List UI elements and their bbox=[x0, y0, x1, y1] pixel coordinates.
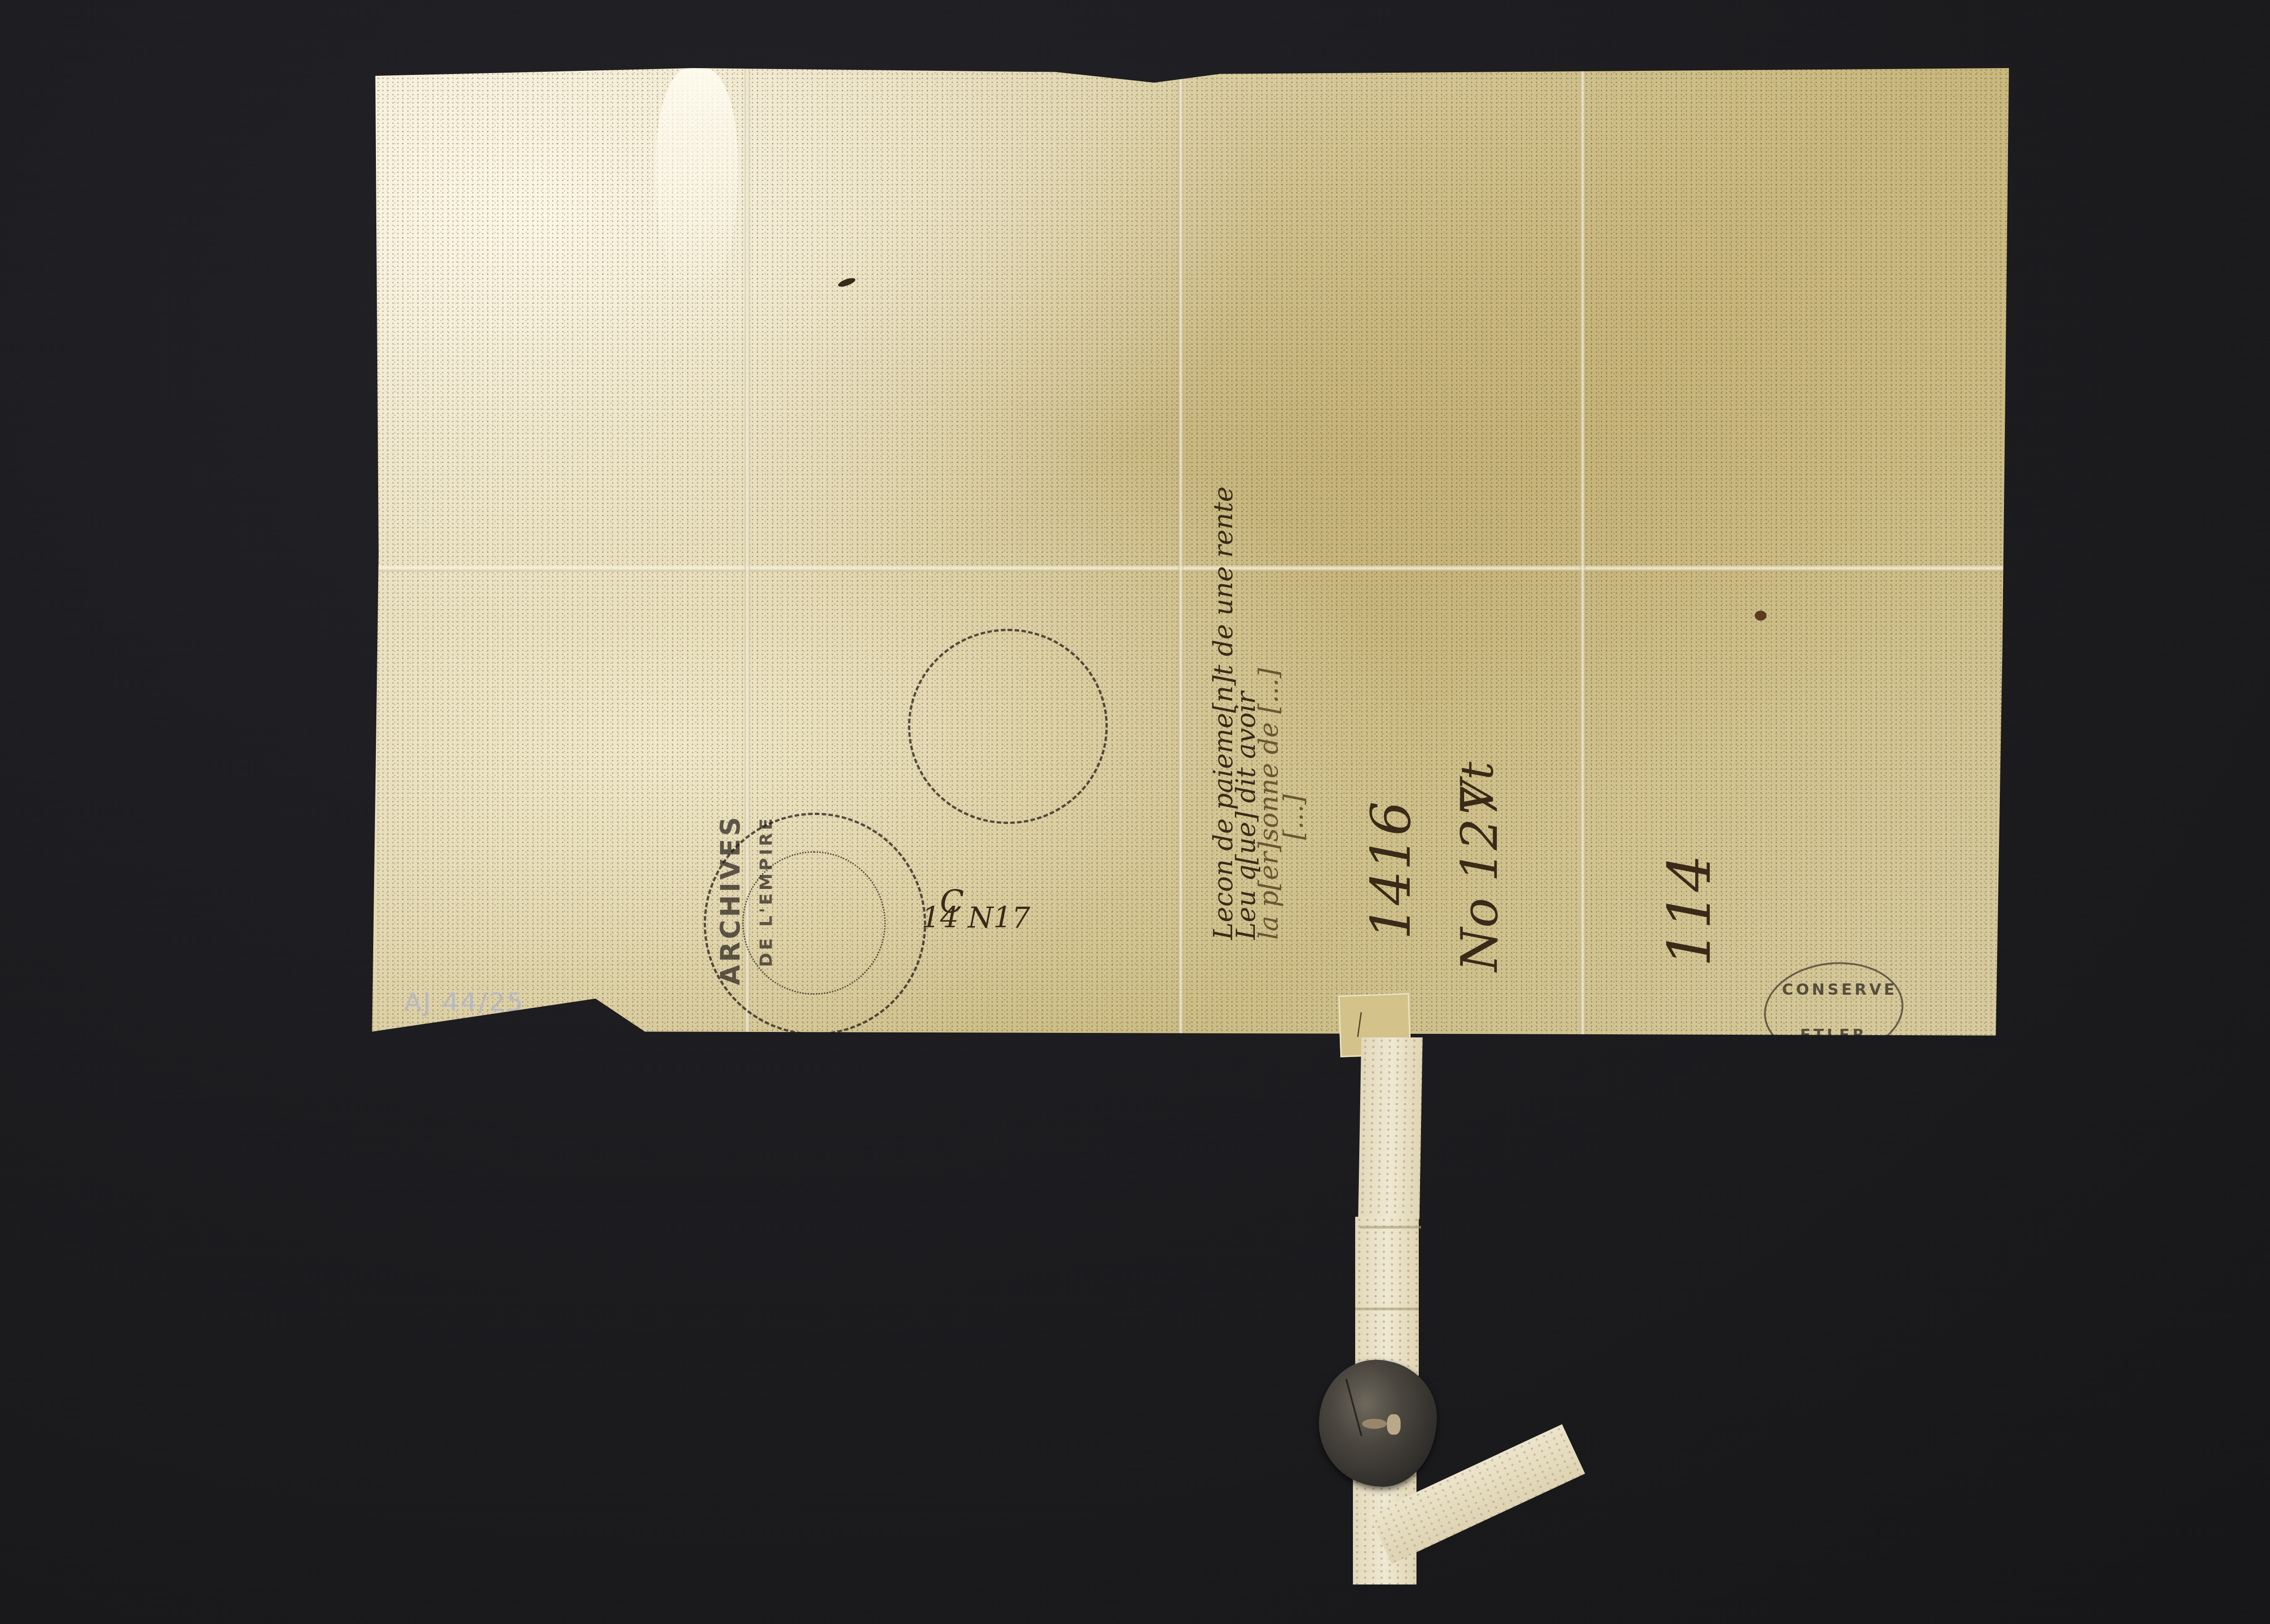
seal-chip bbox=[1362, 1419, 1387, 1429]
tag-crease bbox=[1355, 1308, 1419, 1310]
dorsal-line-4: [...] bbox=[1278, 794, 1309, 840]
horizontal-fold bbox=[365, 565, 2009, 572]
seal-crack bbox=[1345, 1379, 1362, 1436]
tag-crease bbox=[1360, 1226, 1421, 1229]
archive-number-127: No 127 bbox=[1451, 787, 1509, 972]
stamp-text-inner: DE L'EMPIRE bbox=[756, 815, 776, 967]
oval-stamp-top-text: CONSERVE bbox=[1782, 981, 1897, 999]
seal-tag-middle bbox=[1355, 1217, 1419, 1376]
parchment-texture bbox=[365, 68, 2009, 1037]
stamp-text-archives: ARCHIVES bbox=[715, 814, 746, 985]
patch-mark bbox=[1357, 1012, 1362, 1037]
vertical-fold-3 bbox=[1580, 68, 1585, 1037]
light-patch bbox=[656, 68, 738, 295]
large-round-stamp bbox=[908, 629, 1108, 824]
year-1416: 1416 bbox=[1360, 801, 1423, 940]
seal-chip bbox=[1387, 1414, 1401, 1435]
vertical-fold-2 bbox=[1178, 68, 1184, 1037]
parchment-sheet: ARCHIVES DE L'EMPIRE C 14 N17 Lecon de p… bbox=[365, 68, 2009, 1037]
archive-number-114: 114 bbox=[1655, 854, 1724, 967]
ink-spot bbox=[1755, 611, 1767, 621]
note-14-n17: 14 N17 bbox=[922, 901, 1030, 935]
seal-tag-upper bbox=[1358, 1037, 1423, 1219]
